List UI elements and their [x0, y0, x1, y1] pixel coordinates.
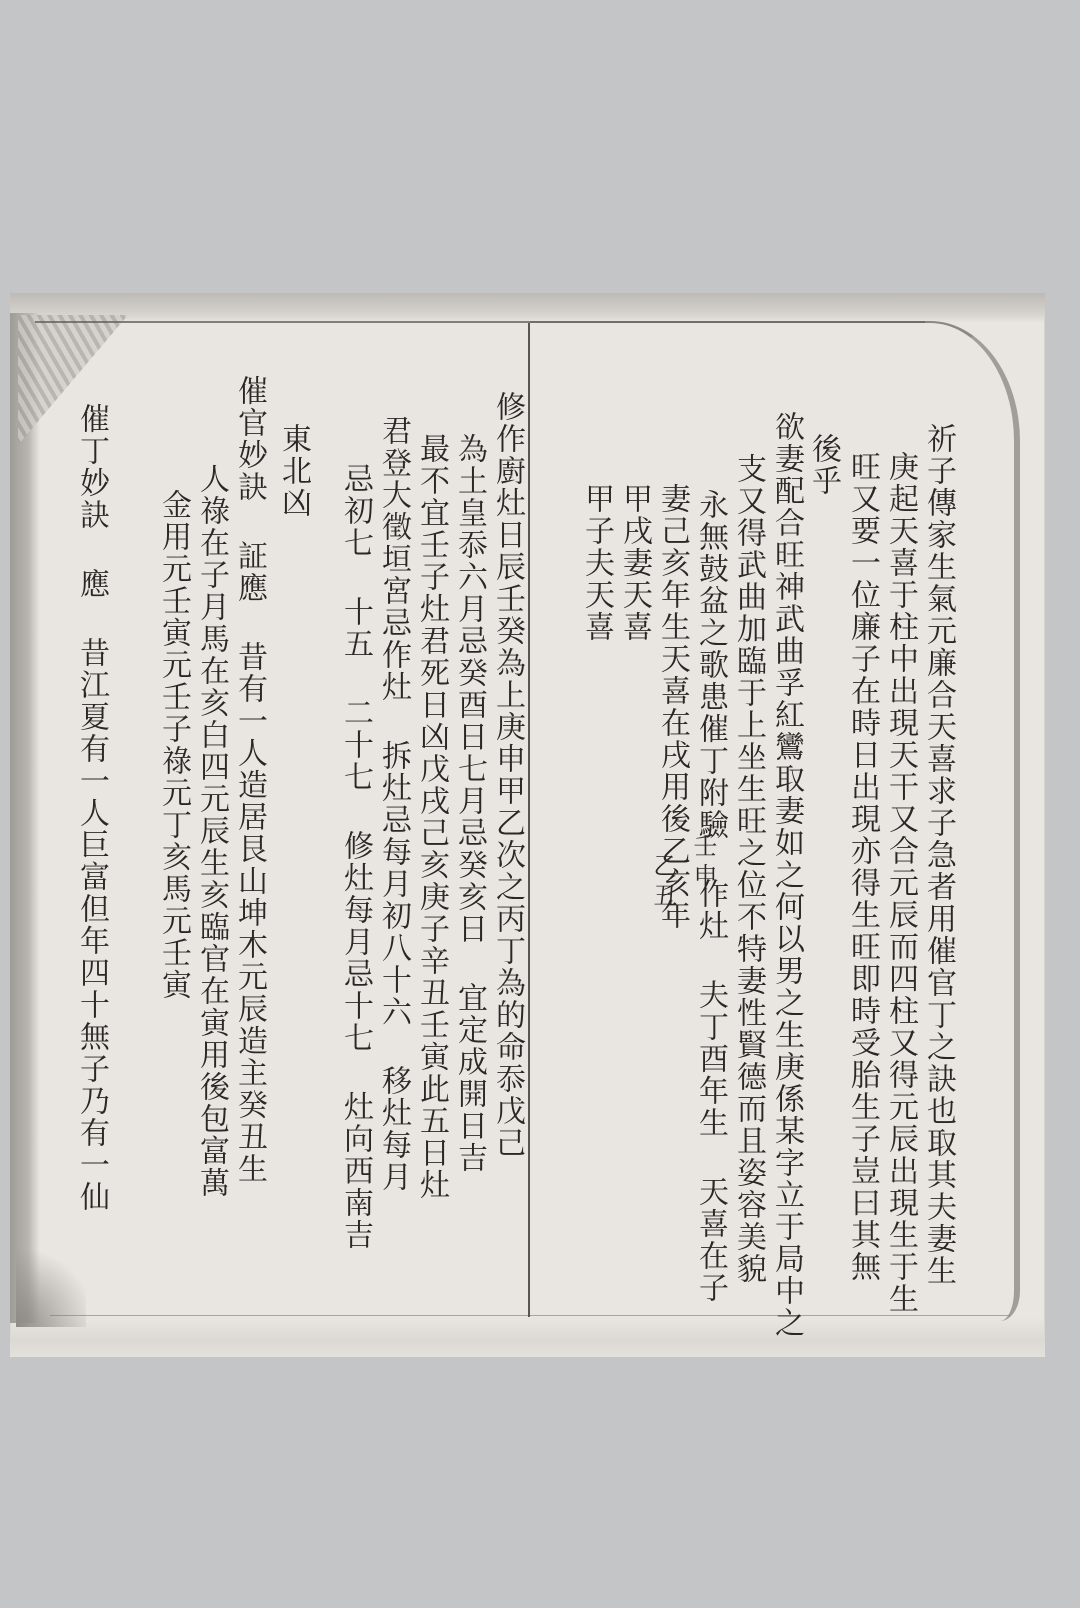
text-column: 乙丑: [649, 853, 677, 913]
text-column: 忌初七 十五 二十七 修灶每月忌十七 灶向西南吉: [338, 463, 372, 1251]
text-column: 人祿在子月馬在亥白四元辰生亥臨官在寅用後包富萬: [194, 463, 228, 1199]
text-column: 金用元壬寅元壬子祿元丁亥馬元壬寅: [156, 489, 190, 1001]
text-column: 甲子夫天喜: [579, 483, 613, 643]
text-column: 修作廚灶日辰壬癸為上庚申甲乙次之丙丁為的命忝戊己: [490, 391, 524, 1159]
text-column: 欲妻配合旺神武曲孚紅鸞取妻如之何以男之生庚係某字立于局中之: [769, 411, 803, 1339]
left-page: 修作廚灶日辰壬癸為上庚申甲乙次之丙丁為的命忝戊己 為土皇忝六月忌癸酉日七月忌癸亥…: [10, 293, 528, 1357]
text-column: 旺又要一位廉子在時日出現亦得生旺即時受胎生子豈曰其無: [845, 451, 879, 1283]
scanned-document: 祈子傳家生氣元廉合天喜求子急者用催官丁之訣也取其夫妻生 庚起天喜于柱中出現天干又…: [10, 293, 1045, 1357]
text-column: 催丁妙訣 應 昔江夏有一人巨富但年四十無子乃有一仙: [74, 403, 108, 1213]
text-column: 甲戌妻天喜: [617, 483, 651, 643]
text-column: 最不宜壬子灶君死日凶戊戌己亥庚子辛丑壬寅此五日灶: [414, 433, 448, 1201]
text-column: 支又得武曲加臨于上坐生旺之位不特妻性賢德而且姿容美貌: [731, 453, 765, 1285]
text-column: 東北凶: [276, 423, 310, 519]
text-column: 催官妙訣 証應 昔有一人造居艮山坤木元辰造主癸丑生: [232, 375, 266, 1185]
text-column: 祈子傳家生氣元廉合天喜求子急者用催官丁之訣也取其夫妻生: [921, 423, 955, 1287]
right-page: 祈子傳家生氣元廉合天喜求子急者用催官丁之訣也取其夫妻生 庚起天喜于柱中出現天干又…: [530, 293, 1045, 1357]
text-column: 為土皇忝六月忌癸酉日七月忌癸亥日 宜定成開日吉: [452, 433, 486, 1174]
text-column: 壬申: [689, 833, 717, 893]
text-column: 君登大徵垣宮忌作灶 拆灶忌每月初八十六 移灶每月: [376, 415, 410, 1193]
text-column: 永無鼓盆之歌患催丁附驗 作灶 夫丁酉年生 天喜在子: [693, 489, 727, 1304]
text-column: 後乎: [806, 433, 840, 497]
text-column: 庚起天喜于柱中出現天干又合元辰而四柱又得元辰出現生于生: [883, 451, 917, 1315]
